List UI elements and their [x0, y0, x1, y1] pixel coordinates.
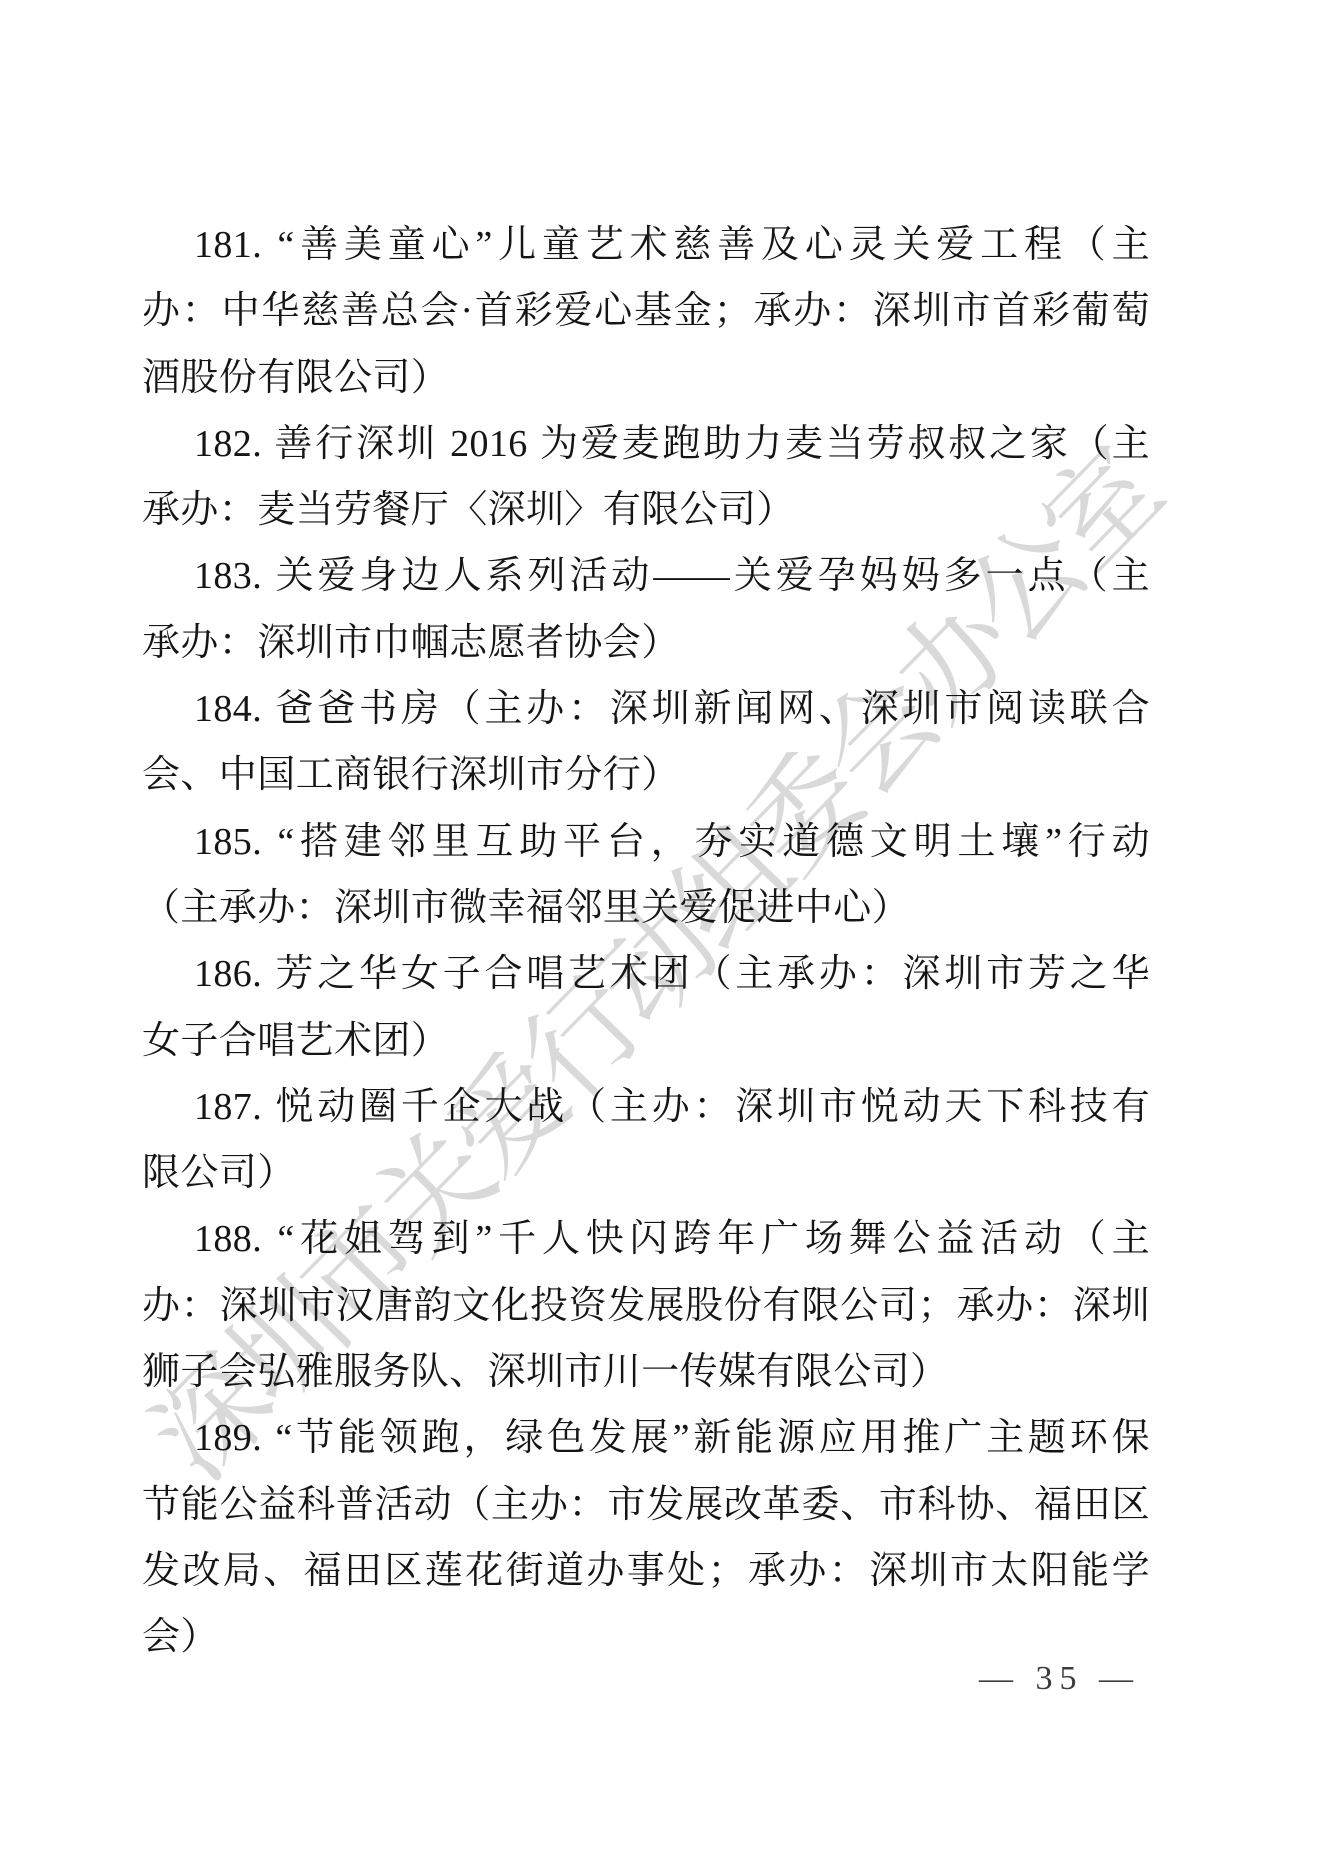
- text-line: 承办：深圳市巾帼志愿者协会）: [142, 610, 1150, 676]
- text-line: 酒股份有限公司）: [142, 345, 1150, 411]
- text-line: 发改局、福田区莲花街道办事处；承办：深圳市太阳能学: [142, 1538, 1150, 1604]
- text-line: 办：深圳市汉唐韵文化投资发展股份有限公司；承办：深圳: [142, 1273, 1150, 1339]
- text-line: 188. “花姐驾到”千人快闪跨年广场舞公益活动（主: [142, 1206, 1150, 1272]
- text-line: 办：中华慈善总会·首彩爱心基金；承办：深圳市首彩葡萄: [142, 278, 1150, 344]
- page-number: — 35 —: [979, 1660, 1140, 1698]
- text-line: 会、中国工商银行深圳市分行）: [142, 742, 1150, 808]
- text-line: 节能公益科普活动（主办：市发展改革委、市科协、福田区: [142, 1472, 1150, 1538]
- text-line: 184. 爸爸书房（主办：深圳新闻网、深圳市阅读联合: [142, 676, 1150, 742]
- text-line: （主承办：深圳市微幸福邻里关爱促进中心）: [142, 875, 1150, 941]
- text-line: 承办：麦当劳餐厅〈深圳〉有限公司）: [142, 477, 1150, 543]
- text-line: 186. 芳之华女子合唱艺术团（主承办：深圳市芳之华: [142, 941, 1150, 1007]
- text-line: 女子合唱艺术团）: [142, 1008, 1150, 1074]
- text-line: 189. “节能领跑，绿色发展”新能源应用推广主题环保: [142, 1405, 1150, 1471]
- text-line: 182. 善行深圳 2016 为爱麦跑助力麦当劳叔叔之家（主: [142, 411, 1150, 477]
- text-line: 狮子会弘雅服务队、深圳市川一传媒有限公司）: [142, 1339, 1150, 1405]
- document-page: 深圳市关爱行动组委会办公室 181. “善美童心”儿童艺术慈善及心灵关爱工程（主…: [0, 0, 1323, 1871]
- text-line: 限公司）: [142, 1140, 1150, 1206]
- document-body: 181. “善美童心”儿童艺术慈善及心灵关爱工程（主 办：中华慈善总会·首彩爱心…: [142, 212, 1150, 1671]
- text-line: 185. “搭建邻里互助平台，夯实道德文明土壤”行动: [142, 809, 1150, 875]
- text-line: 181. “善美童心”儿童艺术慈善及心灵关爱工程（主: [142, 212, 1150, 278]
- text-line: 183. 关爱身边人系列活动——关爱孕妈妈多一点（主: [142, 543, 1150, 609]
- text-line: 187. 悦动圈千企大战（主办：深圳市悦动天下科技有: [142, 1074, 1150, 1140]
